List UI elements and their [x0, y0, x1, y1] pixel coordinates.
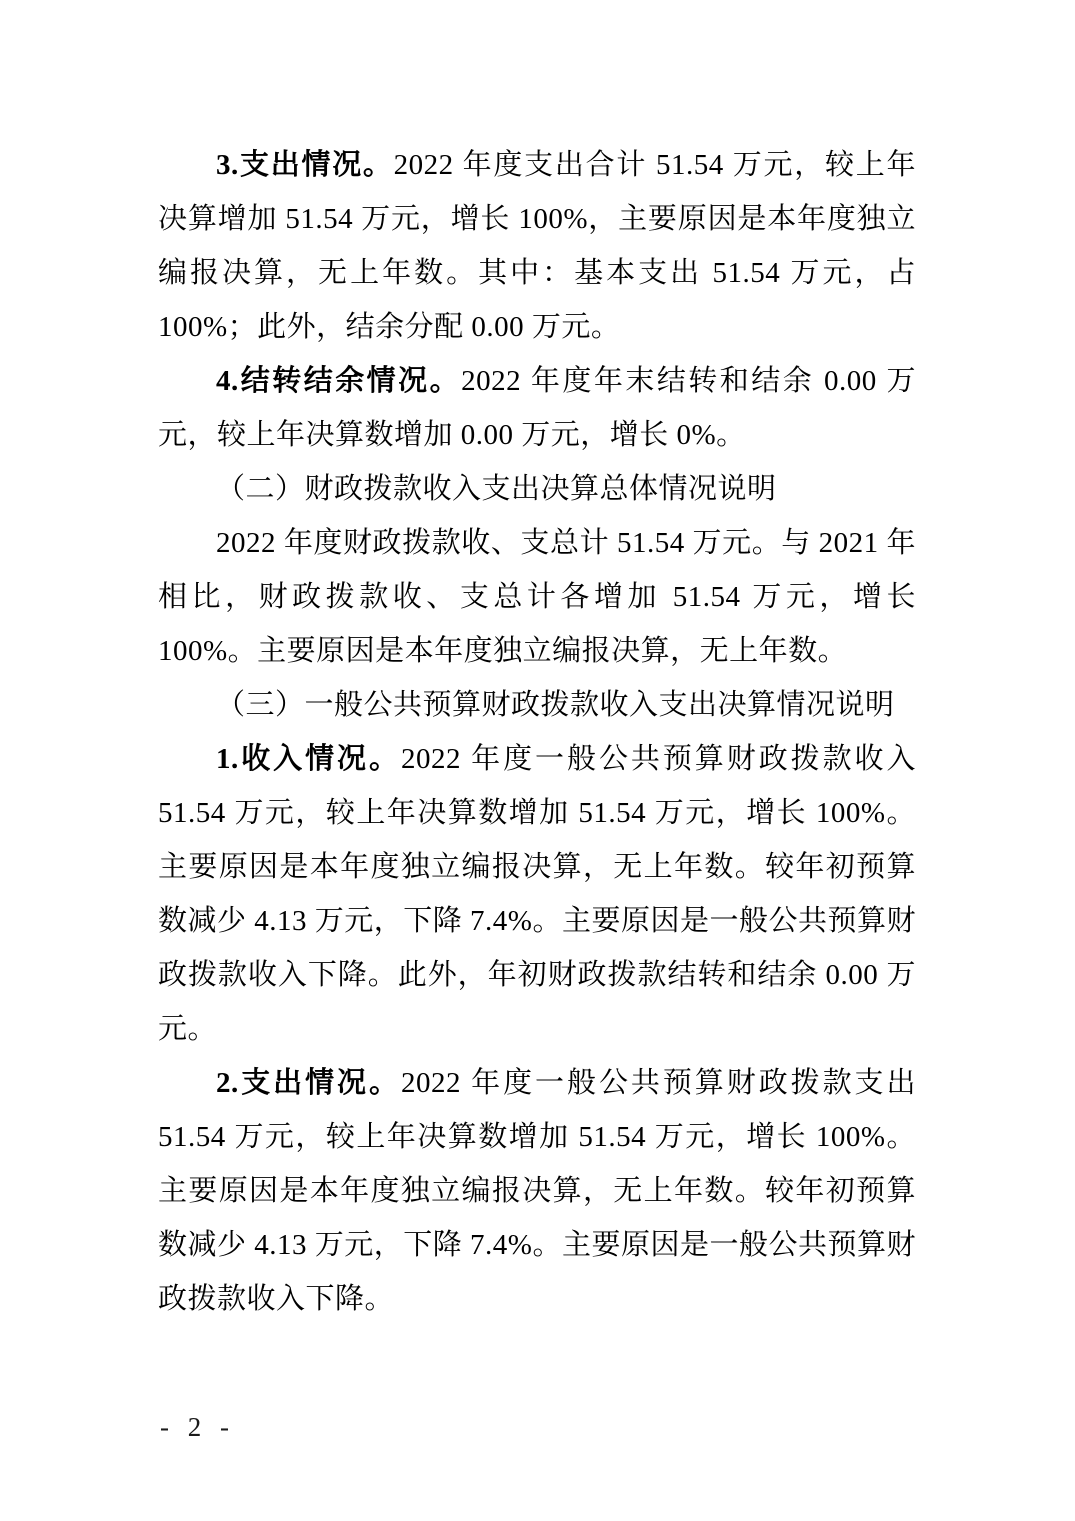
paragraph-text: 2022 年度一般公共预算财政拨款支出 51.54 万元，较上年决算数增加 51… — [158, 1067, 916, 1315]
section-heading: （三）一般公共预算财政拨款收入支出决算情况说明 — [158, 678, 916, 732]
paragraph: 4.结转结余情况。2022 年度年末结转和结余 0.00 万元，较上年决算数增加… — [158, 354, 916, 462]
paragraph-text: 2022 年度财政拨款收、支总计 51.54 万元。与 2021 年相比，财政拨… — [158, 527, 916, 667]
section-heading: （二）财政拨款收入支出决算总体情况说明 — [158, 462, 916, 516]
paragraph: 3.支出情况。2022 年度支出合计 51.54 万元，较上年决算增加 51.5… — [158, 138, 916, 354]
page-number: - 2 - — [160, 1410, 235, 1444]
paragraph-lead: 2.支出情况。 — [216, 1067, 401, 1099]
document-page: 3.支出情况。2022 年度支出合计 51.54 万元，较上年决算增加 51.5… — [0, 0, 1075, 1521]
document-body: 3.支出情况。2022 年度支出合计 51.54 万元，较上年决算增加 51.5… — [158, 138, 916, 1326]
paragraph-text: （三）一般公共预算财政拨款收入支出决算情况说明 — [216, 689, 895, 721]
paragraph-text: （二）财政拨款收入支出决算总体情况说明 — [216, 473, 777, 505]
paragraph: 1.收入情况。2022 年度一般公共预算财政拨款收入 51.54 万元，较上年决… — [158, 732, 916, 1056]
paragraph: 2.支出情况。2022 年度一般公共预算财政拨款支出 51.54 万元，较上年决… — [158, 1056, 916, 1326]
paragraph-lead: 4.结转结余情况。 — [216, 365, 461, 397]
paragraph-text: 2022 年度一般公共预算财政拨款收入 51.54 万元，较上年决算数增加 51… — [158, 743, 916, 1045]
paragraph-lead: 1.收入情况。 — [216, 743, 401, 775]
paragraph: 2022 年度财政拨款收、支总计 51.54 万元。与 2021 年相比，财政拨… — [158, 516, 916, 678]
paragraph-lead: 3.支出情况。 — [216, 149, 394, 181]
